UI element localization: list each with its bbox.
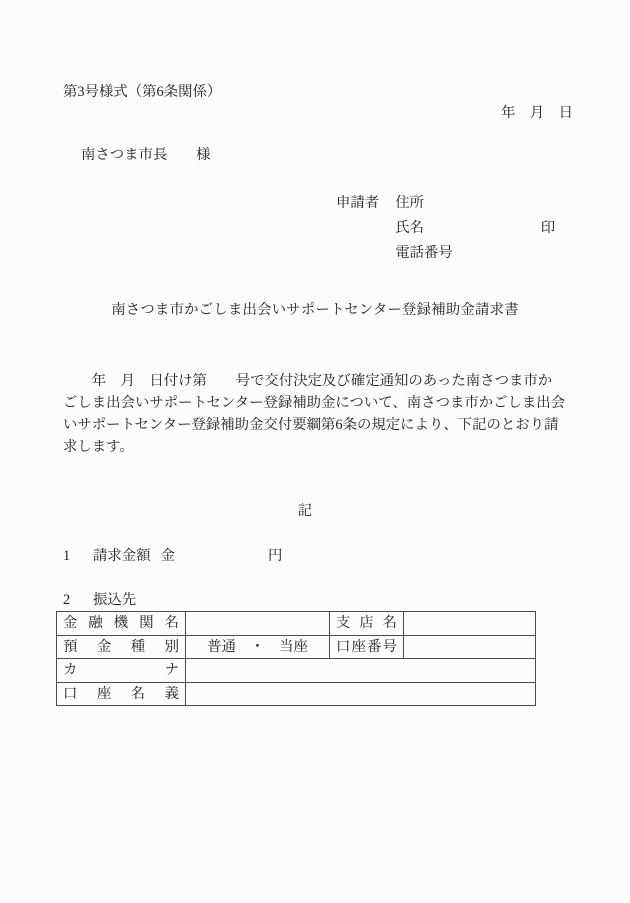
applicant-fields: 住所 氏名 印 電話番号	[395, 191, 555, 266]
applicant-address-row: 住所	[395, 191, 555, 216]
deposit-type-label: 預 金 種 別	[57, 635, 186, 659]
amount-prefix: 金	[161, 548, 175, 564]
body-line: ごしま出会いサポートセンター登録補助金について、南さつま市かごしま出会	[63, 392, 569, 414]
item1-label: 請求金額	[93, 548, 151, 564]
item1-number: 1	[63, 546, 93, 566]
account-holder-label: 口 座 名 義	[57, 682, 186, 706]
account-number-label: 口座番号	[330, 635, 404, 659]
kana-label: カ ナ	[57, 659, 186, 683]
account-number-value	[404, 635, 536, 659]
body-line: 年 月 日付け第 号で交付決定及び確定通知のあった南さつま市か	[63, 370, 569, 392]
name-label: 氏名	[395, 216, 424, 241]
body-line: いサポートセンター登録補助金交付要綱第6条の規定により、下記のとおり請	[63, 414, 569, 436]
item-transfer-destination: 2振込先	[63, 590, 136, 610]
bank-name-label: 金 融 機 関 名	[57, 612, 186, 636]
table-row-account-holder: 口 座 名 義	[57, 682, 536, 706]
item2-number: 2	[63, 590, 93, 610]
table-row-kana: カ ナ	[57, 659, 536, 683]
ki-marker: 記	[0, 501, 610, 521]
account-holder-value	[186, 682, 536, 706]
document-title: 南さつま市かごしま出会いサポートセンター登録補助金請求書	[0, 300, 630, 320]
document-page: 第3号様式（第6条関係） 年 月 日 南さつま市長 様 申請者 住所 氏名 印 …	[0, 0, 630, 903]
kana-value	[186, 659, 536, 683]
address-label: 住所	[395, 191, 424, 216]
applicant-label: 申請者	[336, 191, 379, 266]
deposit-type-options: 普通 ・ 当座	[186, 635, 330, 659]
date-line: 年 月 日	[501, 103, 573, 123]
phone-label: 電話番号	[395, 241, 453, 266]
table-row-account-type: 預 金 種 別 普通 ・ 当座 口座番号	[57, 635, 536, 659]
form-number: 第3号様式（第6条関係）	[63, 82, 221, 102]
table-row-bank: 金 融 機 関 名 支 店 名	[57, 612, 536, 636]
bank-account-table: 金 融 機 関 名 支 店 名 預 金 種 別 普通 ・ 当座 口座番号 カ ナ…	[56, 611, 536, 706]
applicant-block: 申請者 住所 氏名 印 電話番号	[336, 191, 555, 266]
applicant-name-row: 氏名 印	[395, 216, 555, 241]
branch-name-label: 支 店 名	[330, 612, 404, 636]
amount-suffix: 円	[268, 548, 282, 564]
seal-label: 印	[541, 216, 555, 241]
applicant-phone-row: 電話番号	[395, 241, 555, 266]
item2-label: 振込先	[93, 592, 136, 608]
body-line: 求します。	[63, 436, 569, 458]
branch-name-value	[404, 612, 536, 636]
item-claim-amount: 1請求金額金円	[63, 546, 282, 566]
bank-name-value	[186, 612, 330, 636]
addressee-line: 南さつま市長 様	[81, 145, 211, 165]
body-paragraph: 年 月 日付け第 号で交付決定及び確定通知のあった南さつま市か ごしま出会いサポ…	[63, 370, 569, 458]
